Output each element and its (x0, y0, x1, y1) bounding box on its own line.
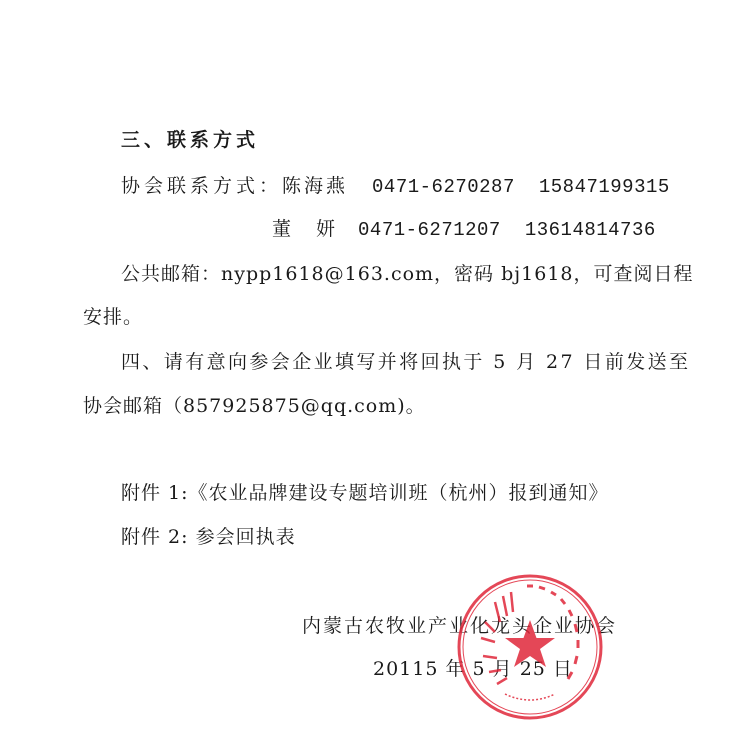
attachment-2: 附件 2: 参会回执表 (121, 525, 296, 549)
public-email-line-cont: 安排。 (83, 305, 143, 329)
contact-row-1: 协会联系方式：陈海燕0471-627028715847199315 (121, 174, 670, 199)
contact-phone: 0471-6271207 (358, 219, 501, 241)
submission-instruction: 四、请有意向参会企业填写并将回执于 5 月 27 日前发送至 (121, 350, 690, 374)
contact-row-2: 董 妍0471-627120713614814736 (272, 217, 656, 242)
attachment-label: 附件 2: (121, 526, 189, 548)
contact-name: 陈海燕 (282, 175, 348, 197)
official-seal-stamp-icon (455, 572, 605, 722)
contact-label: 协会联系方式： (121, 175, 282, 197)
submission-email: 协会邮箱（857925875@qq.com)。 (83, 394, 426, 418)
attachment-label: 附件 1: (121, 482, 189, 504)
attachment-1: 附件 1:《农业品牌建设专题培训班（杭州）报到通知》 (121, 481, 609, 505)
contact-phone: 0471-6270287 (372, 176, 515, 198)
contact-mobile: 13614814736 (525, 219, 656, 241)
attachment-title[interactable]: 参会回执表 (196, 526, 296, 548)
attachment-title[interactable]: 《农业品牌建设专题培训班（杭州）报到通知》 (189, 482, 609, 504)
contact-name: 董 妍 (272, 218, 338, 240)
contact-mobile: 15847199315 (539, 176, 670, 198)
public-email-line: 公共邮箱：nypp1618@163.com，密码 bj1618，可查阅日程 (121, 262, 694, 286)
section-heading-contact: 三、联系方式 (121, 128, 259, 152)
